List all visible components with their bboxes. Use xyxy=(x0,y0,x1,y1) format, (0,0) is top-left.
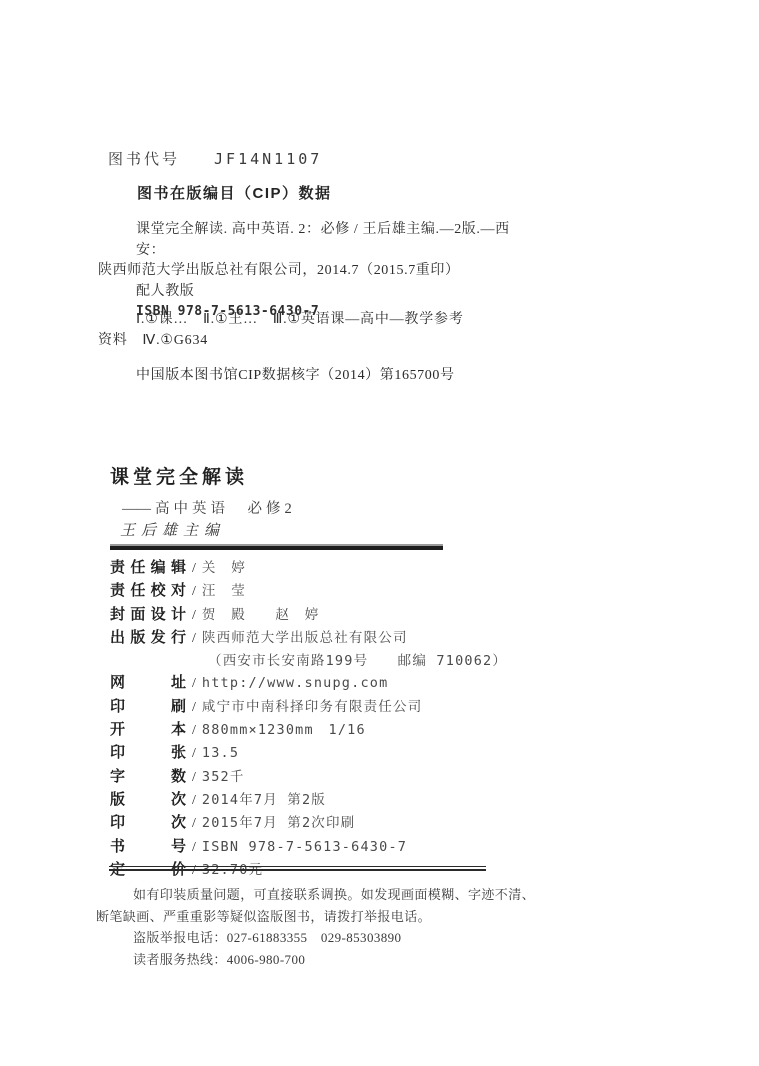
label-separator: / xyxy=(192,700,196,715)
book-code-label: 图书代号 xyxy=(108,148,180,169)
info-label: 开本 xyxy=(110,719,186,741)
book-title: 课堂完全解读 xyxy=(110,462,248,489)
label-separator: / xyxy=(192,793,196,808)
info-label: 印张 xyxy=(110,742,186,764)
info-row-proofreader: 责任校对/汪 莹 xyxy=(110,580,540,603)
label-separator: / xyxy=(192,561,196,576)
info-label: 出版发行 xyxy=(110,627,186,649)
label-separator: / xyxy=(192,746,196,761)
info-row-cover-design: 封面设计/贺 殿 赵 婷 xyxy=(110,604,540,627)
info-row-website: 网址/http://www.snupg.com xyxy=(110,672,540,695)
label-separator: / xyxy=(192,770,196,785)
info-label: 书号 xyxy=(110,836,186,858)
info-label: 责任编辑 xyxy=(110,557,186,579)
piracy-hotline: 盗版举报电话：027-61883355 029-85303890 xyxy=(96,927,556,949)
divider-rule-top xyxy=(110,546,443,550)
info-value: 贺 殿 赵 婷 xyxy=(202,607,320,623)
info-row-printer: 印刷/咸宁市中南科择印务有限责任公司 xyxy=(110,696,540,719)
cip-record-number: 中国版本图书馆CIP数据核字（2014）第165700号 xyxy=(136,364,455,384)
info-value: 13.5 xyxy=(202,745,239,761)
cip-header: 图书在版编目（CIP）数据 xyxy=(137,182,332,203)
cip-line-3: 配人教版 xyxy=(98,282,538,303)
info-row-format: 开本/880mm×1230mm 1/16 xyxy=(110,719,540,742)
notice-line-2: 断笔缺画、严重重影等疑似盗版图书，请拨打举报电话。 xyxy=(96,906,556,928)
cip-description: 课堂完全解读. 高中英语. 2：必修 / 王后雄主编.—2版.—西安： 陕西师范… xyxy=(98,220,538,323)
info-value: 汪 莹 xyxy=(202,583,246,599)
subtitle-text: 高中英语 必修2 xyxy=(155,501,296,517)
info-row-publisher: 出版发行/陕西师范大学出版总社有限公司 xyxy=(110,627,540,650)
divider-rule-bottom xyxy=(109,866,486,871)
info-label: 印刷 xyxy=(110,696,186,718)
label-separator: / xyxy=(192,816,196,831)
info-value: 2014年7月 第2版 xyxy=(202,792,326,808)
label-separator: / xyxy=(192,840,196,855)
label-separator: / xyxy=(192,723,196,738)
info-value: http://www.snupg.com xyxy=(202,675,389,691)
reader-hotline: 读者服务热线：4006-980-700 xyxy=(96,949,556,971)
quality-notice: 如有印装质量问题，可直接联系调换。如发现画面模糊、字迹不清、 断笔缺画、严重重影… xyxy=(96,884,556,970)
book-code-line: 图书代号 JF14N1107 xyxy=(108,148,322,169)
book-code-value: JF14N1107 xyxy=(214,150,322,168)
info-label: 责任校对 xyxy=(110,580,186,602)
info-row-word-count: 字数/352千 xyxy=(110,766,540,789)
colophon-page: 图书代号 JF14N1107 图书在版编目（CIP）数据 课堂完全解读. 高中英… xyxy=(0,0,759,1066)
classification-line-2: 资料 Ⅳ.①G634 xyxy=(98,331,538,352)
colophon-info-list: 责任编辑/关 婷 责任校对/汪 莹 封面设计/贺 殿 赵 婷 出版发行/陕西师范… xyxy=(110,557,540,882)
label-separator: / xyxy=(192,608,196,623)
info-value: ISBN 978-7-5613-6430-7 xyxy=(202,839,407,855)
info-value: 352千 xyxy=(202,769,245,785)
publisher-address: （西安市长安南路199号 邮编 710062） xyxy=(110,650,540,672)
label-separator: / xyxy=(192,676,196,691)
info-label: 版次 xyxy=(110,789,186,811)
editor-byline: 王后雄主编 xyxy=(120,519,225,540)
info-value: 2015年7月 第2次印刷 xyxy=(202,815,356,831)
info-label: 印次 xyxy=(110,812,186,834)
cip-classification: Ⅰ.①课… Ⅱ.①王… Ⅲ.①英语课—高中—教学参考 资料 Ⅳ.①G634 xyxy=(98,310,538,351)
info-row-editor: 责任编辑/关 婷 xyxy=(110,557,540,580)
notice-line-1: 如有印装质量问题，可直接联系调换。如发现画面模糊、字迹不清、 xyxy=(96,884,556,906)
cip-line-1: 课堂完全解读. 高中英语. 2：必修 / 王后雄主编.—2版.—西安： xyxy=(98,220,538,261)
info-row-printing: 印次/2015年7月 第2次印刷 xyxy=(110,812,540,835)
info-row-edition: 版次/2014年7月 第2版 xyxy=(110,789,540,812)
cip-line-2: 陕西师范大学出版总社有限公司，2014.7（2015.7重印） xyxy=(98,261,538,282)
book-subtitle: ——高中英语 必修2 xyxy=(122,497,296,518)
info-value: 咸宁市中南科择印务有限责任公司 xyxy=(202,699,423,715)
info-value: 陕西师范大学出版总社有限公司 xyxy=(202,630,408,646)
subtitle-dash: —— xyxy=(122,501,151,517)
info-row-isbn: 书号/ISBN 978-7-5613-6430-7 xyxy=(110,836,540,859)
info-value: 880mm×1230mm 1/16 xyxy=(202,722,366,738)
info-label: 网址 xyxy=(110,672,186,694)
info-label: 字数 xyxy=(110,766,186,788)
label-separator: / xyxy=(192,584,196,599)
label-separator: / xyxy=(192,631,196,646)
info-row-sheets: 印张/13.5 xyxy=(110,742,540,765)
info-value: 关 婷 xyxy=(202,560,246,576)
info-label: 封面设计 xyxy=(110,604,186,626)
classification-line-1: Ⅰ.①课… Ⅱ.①王… Ⅲ.①英语课—高中—教学参考 xyxy=(98,310,538,331)
